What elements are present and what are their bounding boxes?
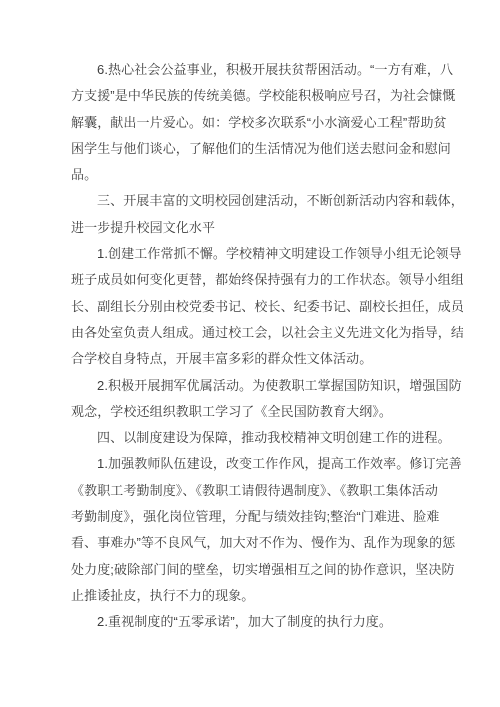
- text-line: 1.创建工作常抓不懈。学校精神文明建设工作领导小组无论领导: [71, 241, 463, 267]
- paragraph: 四、以制度建设为保障，推动我校精神文明创建工作的进程。: [71, 425, 463, 451]
- text-line: 2.重视制度的“五零承诺”，加大了制度的执行力度。: [71, 609, 463, 635]
- text-line: 观念，学校还组织教职工学习了《全民国防教育大纲》。: [71, 399, 463, 425]
- text-line: 长、副组长分别由校党委书记、校长、纪委书记、副校长担任，成员: [71, 294, 463, 320]
- text-line: 看、事难办”等不良风气，加大对不作为、慢作为、乱作为现象的惩: [71, 530, 463, 556]
- document-text: 6.热心社会公益事业，积极开展扶贫帮困活动。“一方有难，八方支援”是中华民族的传…: [71, 57, 463, 636]
- text-line: 处力度;破除部门间的壁垒，切实增强相互之间的协作意识，坚决防: [71, 557, 463, 583]
- paragraph: 2.重视制度的“五零承诺”，加大了制度的执行力度。: [71, 609, 463, 635]
- text-line: 2.积极开展拥军优属活动。为使教职工掌握国防知识，增强国防: [71, 373, 463, 399]
- text-line: 品。: [71, 162, 463, 188]
- text-line: 班子成员如何变化更替，都始终保持强有力的工作状态。领导小组组: [71, 267, 463, 293]
- paragraph: 6.热心社会公益事业，积极开展扶贫帮困活动。“一方有难，八方支援”是中华民族的传…: [71, 57, 463, 188]
- text-line: 1.加强教师队伍建设，改变工作作风，提高工作效率。修订完善: [71, 451, 463, 477]
- text-line: 考勤制度》，强化岗位管理，分配与绩效挂钩;整治“门难进、脸难: [71, 504, 463, 530]
- text-line: 方支援”是中华民族的传统美德。学校能积极响应号召，为社会慷慨: [71, 83, 463, 109]
- text-line: 止推诿扯皮，执行不力的现象。: [71, 583, 463, 609]
- text-line: 困学生与他们谈心，了解他们的生活情况为他们送去慰问金和慰问: [71, 136, 463, 162]
- text-line: 三、开展丰富的文明校园创建活动，不断创新活动内容和载体，: [71, 188, 463, 214]
- text-line: 进一步提升校园文化水平: [71, 215, 463, 241]
- paragraph: 1.创建工作常抓不懈。学校精神文明建设工作领导小组无论领导班子成员如何变化更替，…: [71, 241, 463, 372]
- document-page: 6.热心社会公益事业，积极开展扶贫帮困活动。“一方有难，八方支援”是中华民族的传…: [0, 0, 500, 707]
- text-line: 解囊，献出一片爱心。如：学校多次联系“小水滴爱心工程”帮助贫: [71, 110, 463, 136]
- text-line: 四、以制度建设为保障，推动我校精神文明创建工作的进程。: [71, 425, 463, 451]
- paragraph: 三、开展丰富的文明校园创建活动，不断创新活动内容和载体，进一步提升校园文化水平: [71, 188, 463, 241]
- paragraph: 2.积极开展拥军优属活动。为使教职工掌握国防知识，增强国防观念，学校还组织教职工…: [71, 373, 463, 426]
- paragraph: 1.加强教师队伍建设，改变工作作风，提高工作效率。修订完善《教职工考勤制度》、《…: [71, 451, 463, 609]
- text-line: 6.热心社会公益事业，积极开展扶贫帮困活动。“一方有难，八: [71, 57, 463, 83]
- text-line: 合学校自身特点，开展丰富多彩的群众性文体活动。: [71, 346, 463, 372]
- text-line: 由各处室负责人组成。通过校工会，以社会主义先进文化为指导，结: [71, 320, 463, 346]
- text-line: 《教职工考勤制度》、《教职工请假待遇制度》、《教职工集体活动: [71, 478, 463, 504]
